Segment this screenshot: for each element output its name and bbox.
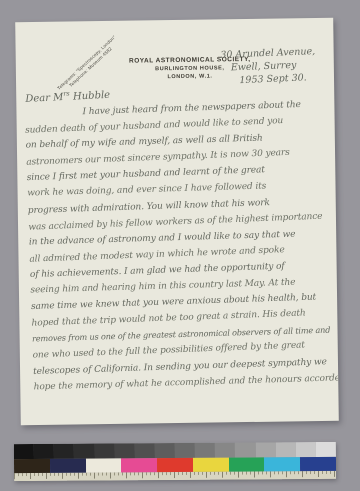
grayscale-swatch (296, 442, 316, 457)
letter-body: I have just heard from the newspapers ab… (24, 96, 337, 396)
grayscale-swatch (215, 443, 235, 458)
grayscale-swatch (135, 443, 155, 458)
color-calibration-bar (14, 442, 336, 481)
color-patch-strip (14, 457, 336, 473)
color-patch-swatch (229, 457, 265, 471)
grayscale-swatch (316, 442, 336, 457)
photo-of-letter: { "letterhead": { "stamp_line1": "Telegr… (0, 0, 360, 491)
letter-paper: Telegrams: "Spectroscopy, London" Teleph… (15, 18, 339, 425)
color-patch-swatch (121, 458, 157, 472)
salutation-post: Hubble (70, 90, 111, 103)
color-patch-swatch (193, 458, 229, 472)
grayscale-swatch (195, 443, 215, 458)
grayscale-swatch (74, 444, 94, 459)
salutation: Dear Mrs Hubble (25, 87, 110, 104)
grayscale-swatch (54, 444, 74, 459)
grayscale-swatch (34, 444, 54, 459)
grayscale-swatch (255, 442, 275, 457)
color-patch-swatch (86, 458, 122, 472)
grayscale-swatch (114, 443, 134, 458)
color-patch-swatch (157, 458, 193, 472)
color-patch-swatch (14, 459, 50, 473)
grayscale-swatch (275, 442, 295, 457)
grayscale-swatch (94, 443, 114, 458)
grayscale-swatch (235, 442, 255, 457)
grayscale-swatch (175, 443, 195, 458)
color-patch-swatch (300, 457, 336, 471)
grayscale-swatch (155, 443, 175, 458)
color-patch-swatch (264, 457, 300, 471)
color-patch-swatch (50, 459, 86, 473)
salutation-pre: Dear M (25, 92, 64, 105)
grayscale-swatch (14, 444, 34, 459)
sender-address-block: 30 Arundel Avenue, Ewell, Surrey 1953 Se… (220, 44, 333, 87)
